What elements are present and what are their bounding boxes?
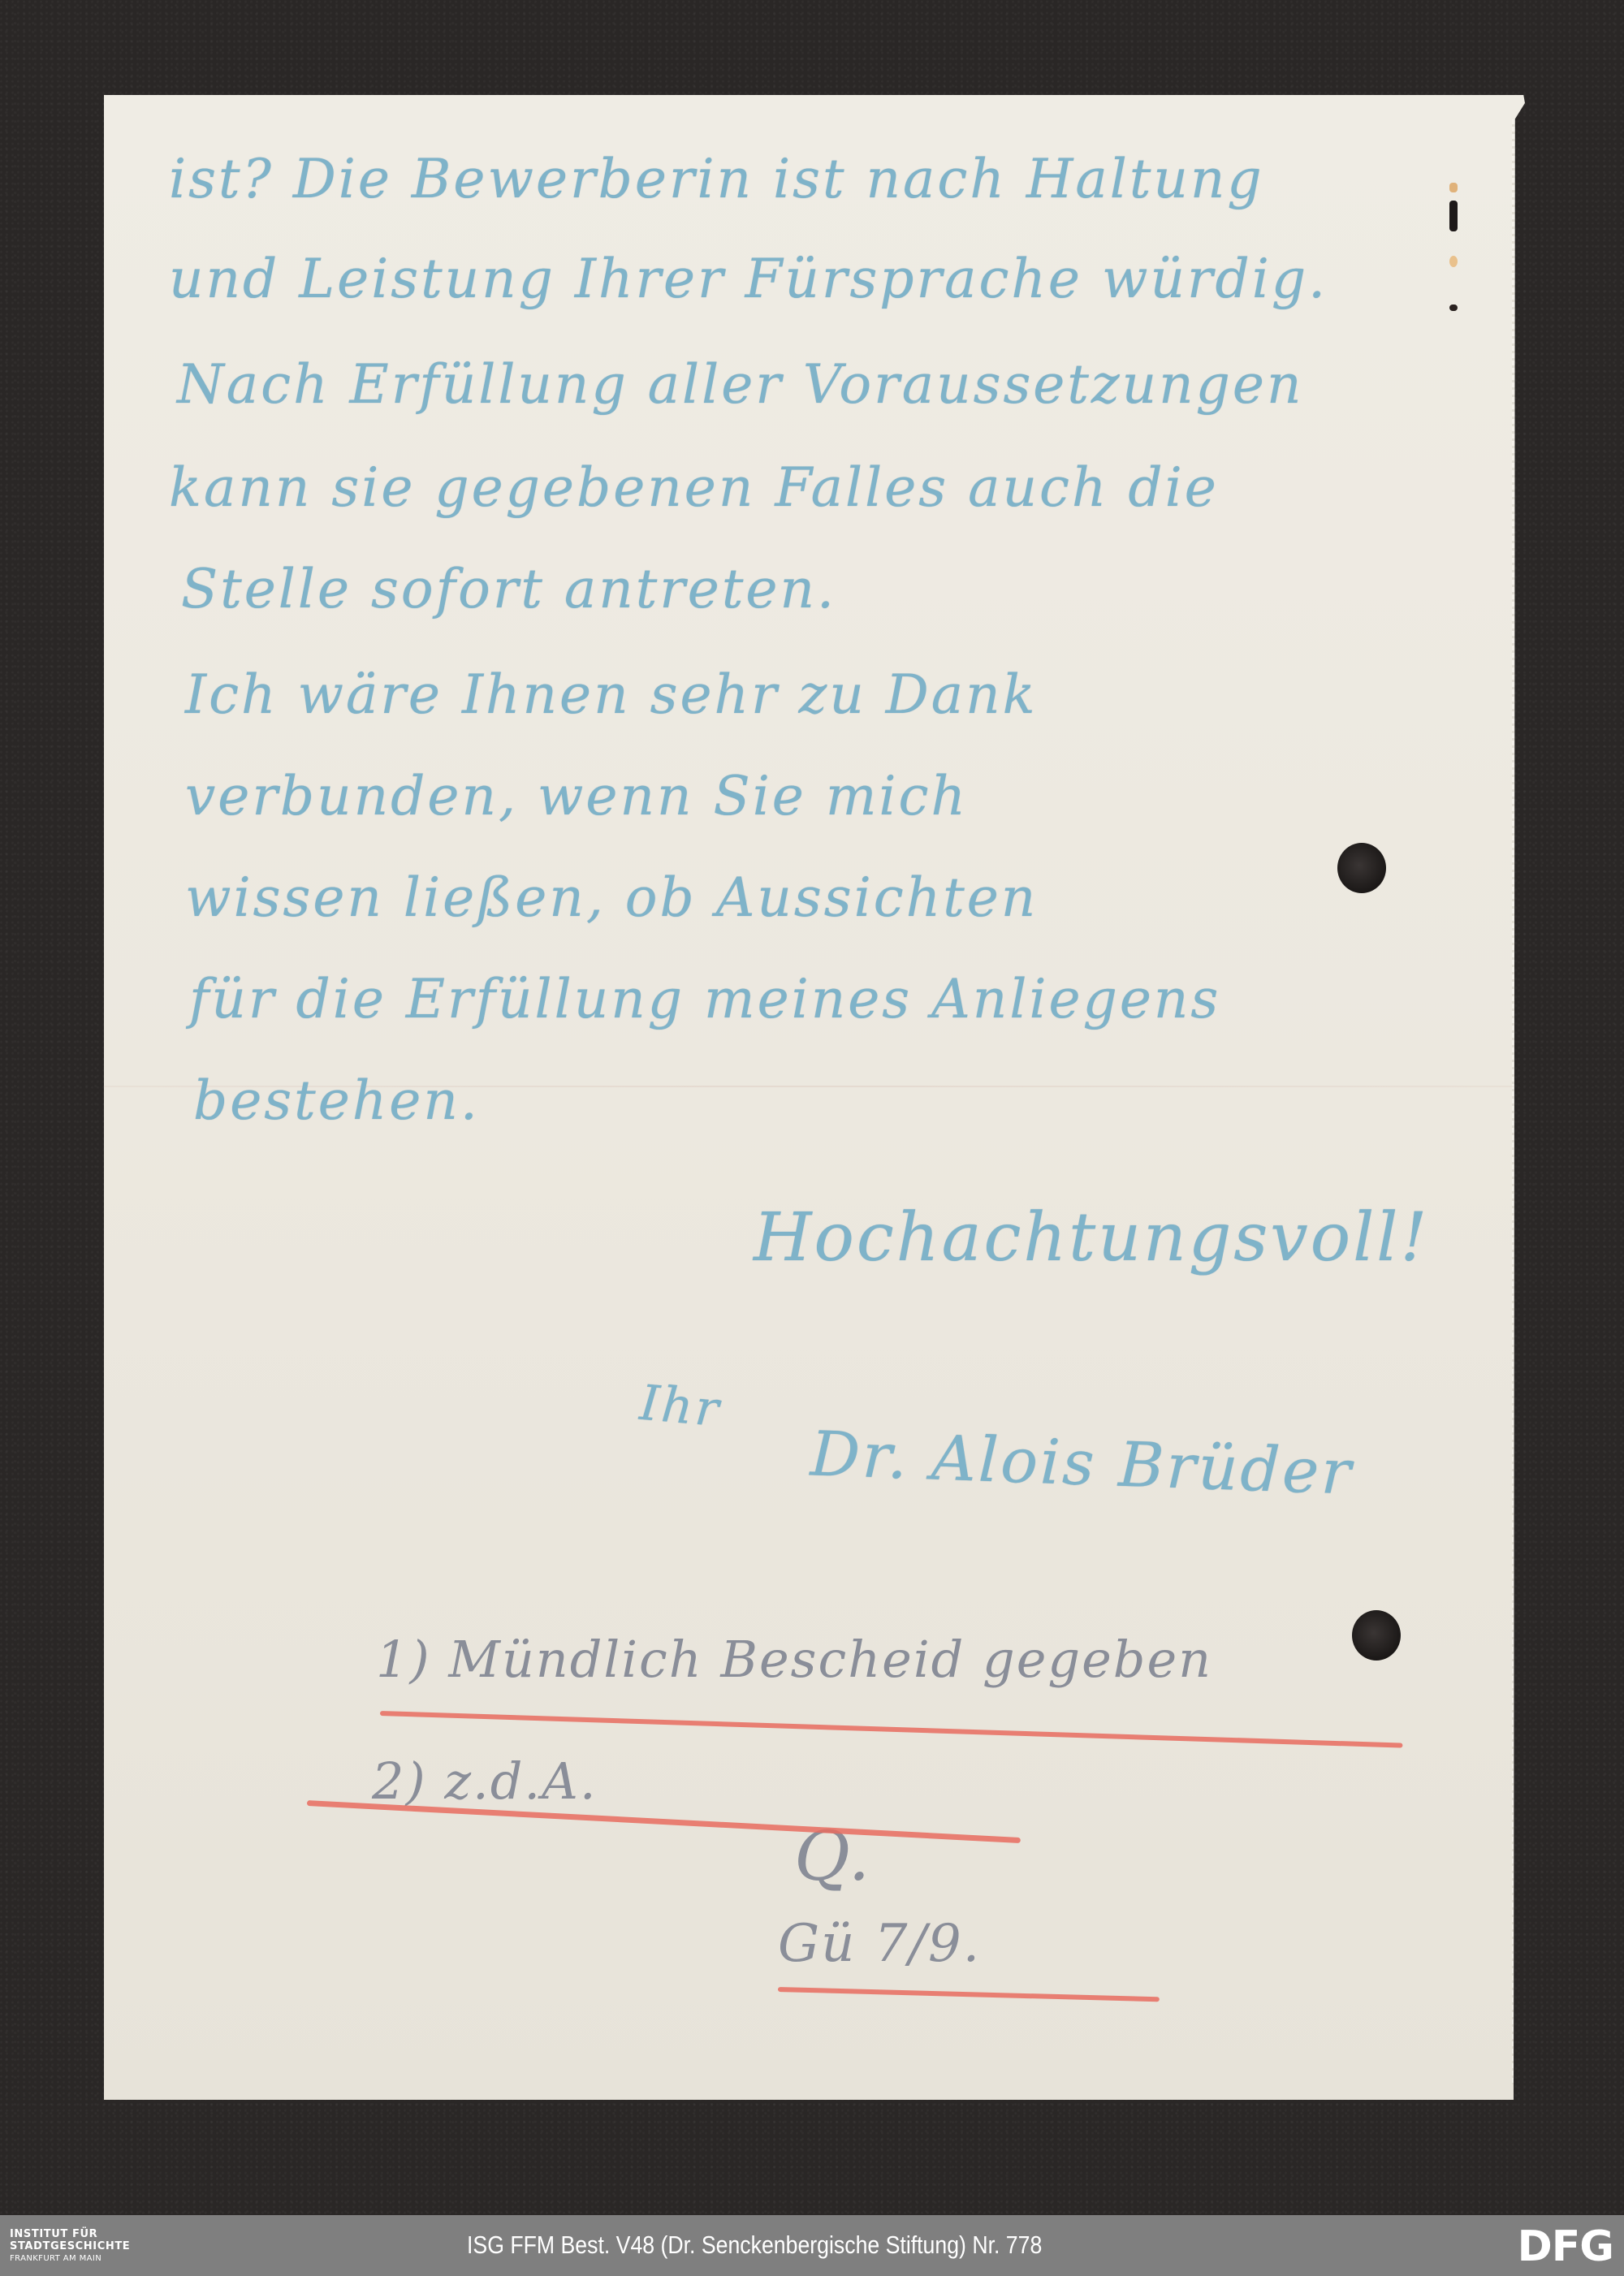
pencil-note: 2) z.d.A. [372,1751,598,1811]
letter-page: ist? Die Bewerberin ist nach Haltung und… [104,95,1525,2100]
letter-line: und Leistung Ihrer Fürsprache würdig. [169,248,1328,310]
letter-line: Stelle sofort antreten. [181,558,836,620]
archive-footer: INSTITUT FÜR STADTGESCHICHTE FRANKFURT A… [0,2215,1624,2276]
letter-line: kann sie gegebenen Falles auch die [169,456,1219,519]
archive-caption: ISG FFM Best. V48 (Dr. Senckenbergische … [467,2231,1042,2260]
signature: Dr. Alois Brüder [810,1417,1354,1508]
institute-city-line: FRANKFURT AM MAIN [10,2252,130,2265]
punch-hole [1352,1610,1401,1661]
signature-prefix: Ihr [637,1375,723,1438]
pencil-note: 1) Mündlich Bescheid gegeben [376,1630,1212,1689]
pencil-date: Gü 7/9. [778,1914,981,1974]
institute-name-line: STADTGESCHICHTE [10,2240,130,2252]
punch-hole [1337,843,1386,893]
letter-line: Ich wäre Ihnen sehr zu Dank [185,663,1038,726]
letter-line: ist? Die Bewerberin ist nach Haltung [169,148,1264,210]
institute-logo: INSTITUT FÜR STADTGESCHICHTE FRANKFURT A… [10,2228,130,2265]
staple-mark [1449,183,1458,337]
torn-paper-edge [1512,119,1515,2084]
red-strikethrough [307,1800,1021,1843]
letter-closing: Hochachtungsvoll! [754,1199,1429,1276]
scan-background: ist? Die Bewerberin ist nach Haltung und… [0,0,1624,2215]
letter-line: Nach Erfüllung aller Voraussetzungen [177,353,1304,416]
red-underline [778,1987,1160,2002]
letter-line: für die Erfüllung meines Anliegens [189,968,1220,1030]
institute-name-line: INSTITUT FÜR [10,2228,130,2240]
dfg-logo: DFG [1518,2226,1613,2268]
letter-line: bestehen. [193,1069,480,1132]
letter-line: wissen ließen, ob Aussichten [185,866,1038,929]
red-strikethrough [380,1711,1403,1748]
letter-line: verbunden, wenn Sie mich [185,765,968,827]
